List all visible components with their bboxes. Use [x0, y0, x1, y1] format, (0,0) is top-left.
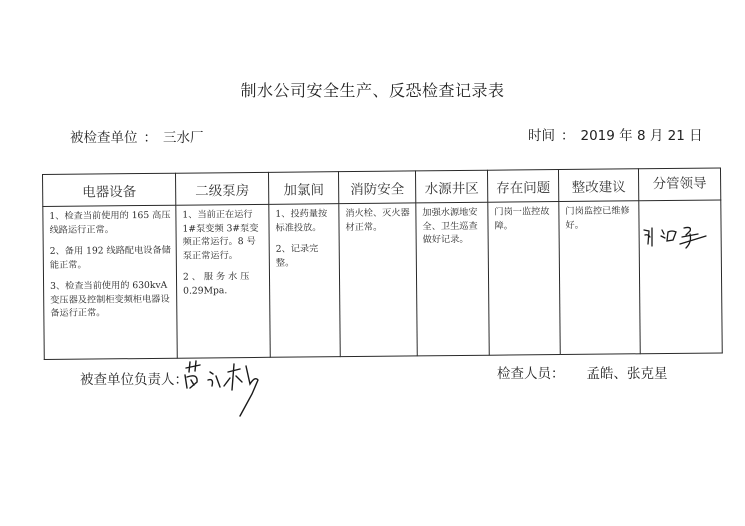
leader-signature — [640, 222, 710, 254]
responsible-label: 被查单位负责人： — [80, 372, 188, 388]
header-fire-safety: 消防安全 — [338, 171, 415, 204]
table-row: 1、检查当前使用的 165 高压线路运行正常。 2、备用 192 线路配电设备储… — [43, 200, 722, 360]
fire-safety-item-1: 消火栓、灭火器材正常。 — [345, 206, 411, 234]
chlorination-item-1: 1、投药量按标准投放。 — [275, 207, 334, 235]
date-sep: ： — [561, 128, 575, 144]
responsible-signature — [180, 360, 275, 420]
pump-item-1: 1、当前正在运行 1#泵变频 3#泵变频正常运行。8 号泵正常运行。 — [182, 208, 265, 263]
electrical-item-1: 1、检查当前使用的 165 高压线路运行正常。 — [49, 209, 171, 237]
inspection-date: 时间：2019 年 8 月 21 日 — [528, 124, 703, 144]
inspectors-value: 孟皓、张克星 — [587, 366, 668, 382]
cell-chlorination: 1、投药量按标准投放。 2、记录完整。 — [269, 204, 340, 358]
date-value: 2019 年 8 月 21 日 — [581, 128, 703, 144]
header-suggestions: 整改建议 — [558, 169, 638, 202]
electrical-item-2: 2、备用 192 线路配电设备储能正常。 — [50, 244, 172, 272]
header-pump-room: 二级泵房 — [175, 172, 268, 205]
cell-suggestions: 门岗监控已维修好。 — [559, 201, 640, 355]
header-electrical: 电器设备 — [43, 173, 176, 206]
responsible-person: 被查单位负责人： — [80, 368, 188, 388]
header-water-source: 水源井区 — [415, 170, 487, 203]
cell-issues: 门岗一监控故障。 — [488, 202, 560, 356]
header-leader: 分管领导 — [638, 168, 720, 201]
chlorination-item-2: 2、记录完整。 — [276, 242, 335, 270]
inspected-unit-sep: ： — [144, 130, 158, 146]
cell-fire-safety: 消火栓、灭火器材正常。 — [339, 203, 417, 357]
suggestions-item-1: 门岗监控已维修好。 — [565, 204, 634, 232]
date-label: 时间 — [528, 128, 555, 144]
inspected-unit-label: 被检查单位 — [70, 130, 138, 146]
pump-item-2: 2 、 服 务 水 压 0.29Mpa. — [183, 270, 265, 298]
document-title: 制水公司安全生产、反恐检查记录表 — [0, 78, 745, 101]
inspected-unit-value: 三水厂 — [163, 130, 204, 146]
header-chlorination: 加氯间 — [268, 172, 338, 205]
cell-water-source: 加强水源地安全、卫生巡查做好记录。 — [416, 202, 489, 356]
cell-electrical: 1、检查当前使用的 165 高压线路运行正常。 2、备用 192 线路配电设备储… — [43, 205, 177, 359]
inspectors: 检查人员：孟皓、张克星 — [497, 362, 668, 382]
inspected-unit: 被检查单位：三水厂 — [70, 126, 204, 146]
inspectors-label: 检查人员： — [497, 366, 565, 382]
inspection-table: 电器设备 二级泵房 加氯间 消防安全 水源井区 存在问题 整改建议 分管领导 1… — [42, 167, 723, 360]
water-source-item-1: 加强水源地安全、卫生巡查做好记录。 — [422, 206, 483, 247]
cell-pump-room: 1、当前正在运行 1#泵变频 3#泵变频正常运行。8 号泵正常运行。 2 、 服… — [176, 204, 270, 358]
issues-item-1: 门岗一监控故障。 — [494, 205, 554, 233]
header-issues: 存在问题 — [487, 170, 558, 203]
electrical-item-3: 3、检查当前使用的 630kvA 变压器及控制柜变频柜电器设备运行正常。 — [50, 279, 172, 321]
